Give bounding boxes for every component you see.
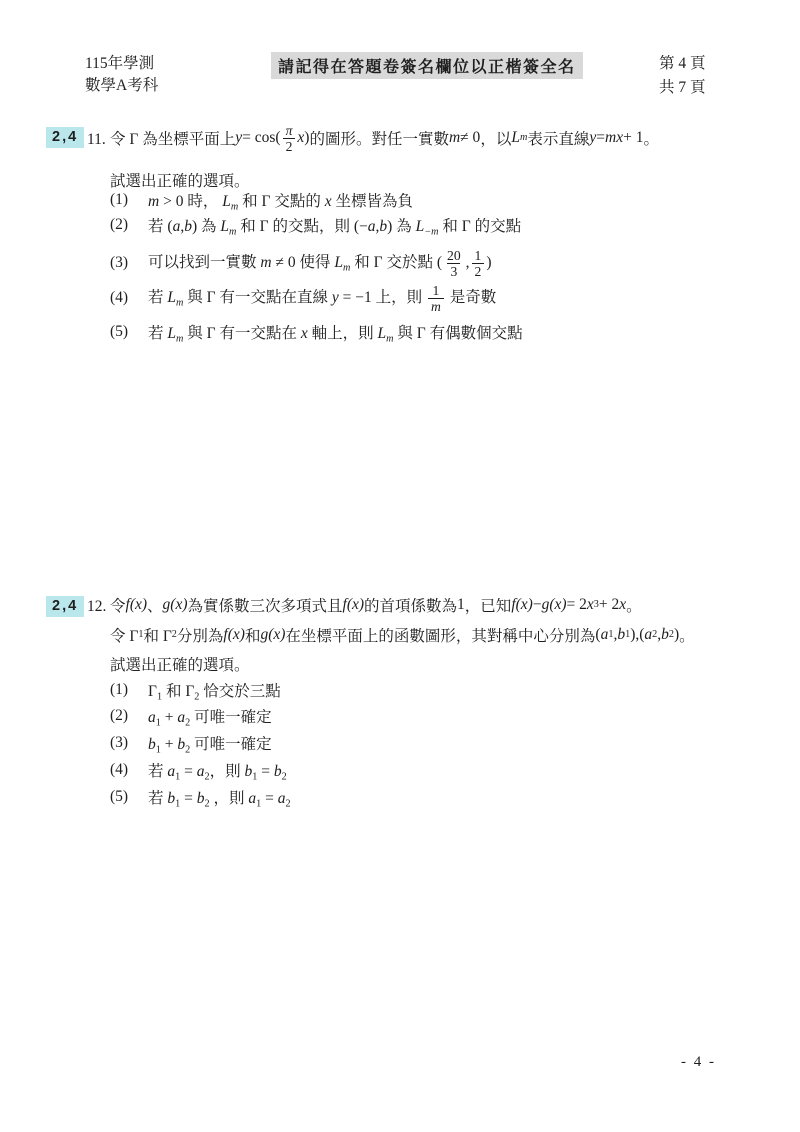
text-run: 和 Γ 的交點: [438, 218, 521, 235]
text-run: 與 Γ 有一交點在直線: [183, 289, 331, 306]
text-run: 可唯一確定: [190, 736, 271, 753]
text-run: x: [297, 129, 304, 147]
text-run: b: [661, 626, 669, 644]
text-run: 若: [148, 289, 167, 306]
option-text: b1 + b2 可唯一確定: [148, 732, 272, 754]
text-run: = cos(: [242, 129, 280, 147]
text-run: f(x): [126, 596, 148, 614]
text-run: ，則: [210, 790, 249, 807]
option-row-q12-2: (2) a1 + a2 可唯一確定: [110, 705, 272, 727]
text-run: −m: [424, 227, 438, 238]
answer-key-badge-q11: 2,4: [46, 127, 84, 148]
text-run: 的圖形。對任一實數: [309, 127, 449, 149]
text-run: 坐標皆為負: [332, 193, 413, 210]
text-run: L: [334, 254, 343, 271]
text-run: g(x): [260, 626, 285, 644]
text-run: a: [368, 218, 376, 235]
text-run: > 0: [159, 193, 183, 210]
option-row-q12-5: (5) 若 b1 = b2 ，則 a1 = a2: [110, 786, 291, 808]
text-run: 可以找到一實數: [148, 254, 260, 271]
option-text: 若 b1 = b2 ，則 a1 = a2: [148, 786, 291, 808]
text-run: 令 Γ: [110, 624, 138, 646]
text-run: y: [589, 129, 596, 147]
text-run: 和 Γ 交於點: [350, 254, 436, 271]
option-row-q11-4: (4) 若 Lm 與 Γ 有一交點在直線 y = −1 上，則 1m 是奇數: [110, 279, 496, 317]
text-run: g(x): [163, 596, 188, 614]
text-run: 、: [147, 594, 163, 616]
text-run: 和 Γ: [143, 624, 171, 646]
text-run: 恰交於三點: [199, 683, 280, 700]
text-run: 的首項係數為: [364, 594, 457, 616]
question-prompt-q11: 試選出正確的選項。: [110, 169, 250, 191]
text-run: 和 Γ: [162, 683, 194, 700]
text-run: L: [167, 325, 176, 342]
page-indicator: 第 4 頁: [659, 52, 706, 76]
option-row-q11-2: (2) 若 (a,b) 為 Lm 和 Γ 的交點，則 (−a,b) 為 L−m …: [110, 214, 521, 236]
text-run: 令 Γ 為坐標平面上: [110, 127, 235, 149]
text-run: b: [167, 790, 175, 807]
option-label: (1): [110, 681, 148, 699]
text-run: L: [220, 218, 229, 235]
text-run: m: [148, 193, 159, 210]
option-text: Γ1 和 Γ2 恰交於三點: [148, 679, 281, 701]
exam-session-label: 115年學測: [85, 53, 158, 75]
text-run: =: [261, 790, 278, 807]
text-run: =: [257, 763, 274, 780]
total-pages-indicator: 共 7 頁: [659, 76, 706, 100]
text-run: ，則: [210, 763, 245, 780]
text-run: 和: [245, 624, 261, 646]
text-run: m: [260, 254, 271, 271]
option-text: 若 (a,b) 為 Lm 和 Γ 的交點，則 (−a,b) 為 L−m 和 Γ …: [148, 214, 521, 236]
text-run: 和 Γ 的交點，則: [236, 218, 353, 235]
header-right: 第 4 頁 共 7 頁: [659, 52, 706, 100]
option-text: 若 a1 = a2，則 b1 = b2: [148, 759, 287, 781]
text-run: ≠ 0: [460, 129, 480, 147]
text-run: a: [167, 763, 175, 780]
option-label: (4): [110, 289, 148, 307]
text-run: 1: [457, 596, 465, 614]
text-run: (: [437, 254, 442, 271]
question-stem-q12-line1: 令 f(x)、 g(x) 為實係數三次多項式且 f(x) 的首項係數為 1，已知…: [110, 594, 642, 616]
text-run: L: [378, 325, 387, 342]
text-run: =: [180, 763, 197, 780]
text-run: x: [325, 193, 332, 210]
fraction: 12: [472, 248, 485, 279]
text-run: L: [222, 193, 231, 210]
text-run: = −1: [339, 289, 376, 306]
text-run: 令: [110, 594, 126, 616]
text-run: ，以: [480, 127, 511, 149]
text-run: = 2: [567, 596, 587, 614]
option-label: (3): [110, 734, 148, 752]
header-left: 115年學測 數學A考科: [85, 53, 158, 97]
text-run: ),(: [630, 626, 644, 644]
question-number-q11: 11.: [87, 131, 106, 149]
option-text: m > 0 時， Lm 和 Γ 交點的 x 坐標皆為負: [148, 189, 413, 211]
text-run: 分別為: [177, 624, 224, 646]
option-row-q11-5: (5) 若 Lm 與 Γ 有一交點在 x 軸上，則 Lm 與 Γ 有偶數個交點: [110, 321, 523, 343]
text-run: ): [192, 218, 201, 235]
text-run: 是奇數: [446, 289, 496, 306]
text-run: 可唯一確定: [190, 709, 271, 726]
option-row-q12-4: (4) 若 a1 = a2，則 b1 = b2: [110, 759, 287, 781]
text-run: f(x): [511, 596, 533, 614]
option-row-q12-1: (1) Γ1 和 Γ2 恰交於三點: [110, 679, 281, 701]
exam-subject-label: 數學A考科: [85, 75, 158, 97]
text-run: m: [386, 334, 393, 345]
fraction: π2: [283, 123, 296, 154]
option-text: a1 + a2 可唯一確定: [148, 705, 272, 727]
option-label: (2): [110, 707, 148, 725]
text-run: 2: [285, 799, 290, 810]
text-run: 若: [148, 790, 167, 807]
option-label: (3): [110, 254, 148, 272]
text-run: a: [197, 763, 205, 780]
text-run: m: [449, 129, 460, 147]
text-run: f(x): [223, 626, 245, 644]
text-run: 為實係數三次多項式且: [188, 594, 343, 616]
text-run: −: [533, 596, 542, 614]
text-run: x: [587, 596, 594, 614]
text-run: + 1: [623, 129, 643, 147]
text-run: 軸上，則: [308, 325, 378, 342]
text-run: b: [617, 626, 625, 644]
text-run: 。: [679, 624, 695, 646]
text-run: y: [235, 129, 242, 147]
page-number-footer: - 4 -: [681, 1054, 716, 1071]
option-text: 若 Lm 與 Γ 有一交點在直線 y = −1 上，則 1m 是奇數: [148, 283, 496, 314]
text-run: a: [177, 709, 185, 726]
option-label: (5): [110, 788, 148, 806]
text-run: 為: [201, 218, 220, 235]
text-run: 在坐標平面上的函數圖形，其對稱中心分別為: [285, 624, 595, 646]
text-run: =: [180, 790, 197, 807]
option-row-q12-3: (3) b1 + b2 可唯一確定: [110, 732, 272, 754]
signature-notice: 請記得在答題卷簽名欄位以正楷簽全名: [271, 52, 583, 79]
option-text: 若 Lm 與 Γ 有一交點在 x 軸上，則 Lm 與 Γ 有偶數個交點: [148, 321, 523, 343]
text-run: a: [148, 709, 156, 726]
text-run: 與 Γ 有偶數個交點: [394, 325, 523, 342]
text-run: 。: [626, 594, 642, 616]
option-row-q11-3: (3) 可以找到一實數 m ≠ 0 使得 Lm 和 Γ 交於點 (203,12): [110, 244, 492, 282]
text-run: y: [332, 289, 339, 306]
text-run: mx: [605, 129, 623, 147]
text-run: 使得: [299, 254, 334, 271]
text-run: ): [486, 254, 491, 271]
text-run: 表示直線: [527, 127, 589, 149]
exam-page: 115年學測 數學A考科 請記得在答題卷簽名欄位以正楷簽全名 第 4 頁 共 7…: [0, 0, 800, 1132]
text-run: 為: [396, 218, 415, 235]
question-prompt-q12: 試選出正確的選項。: [110, 653, 250, 675]
text-run: b: [274, 763, 282, 780]
option-label: (1): [110, 191, 148, 209]
fraction: 203: [444, 248, 464, 279]
text-run: b: [197, 790, 205, 807]
text-run: 若: [148, 763, 167, 780]
text-run: ，已知: [465, 594, 512, 616]
text-run: ,: [466, 254, 470, 271]
text-run: b: [184, 218, 192, 235]
text-run: 時，: [183, 193, 222, 210]
text-run: x: [619, 596, 626, 614]
option-label: (4): [110, 761, 148, 779]
question-stem-q12-line2: 令 Γ1 和 Γ2 分別為 f(x) 和 g(x) 在坐標平面上的函數圖形，其對…: [110, 624, 695, 646]
fraction: 1m: [428, 283, 444, 314]
option-text: 可以找到一實數 m ≠ 0 使得 Lm 和 Γ 交於點 (203,12): [148, 248, 492, 279]
text-run: 2: [282, 772, 287, 783]
text-run: f(x): [343, 596, 365, 614]
option-label: (2): [110, 216, 148, 234]
text-run: b: [148, 736, 156, 753]
text-run: L: [167, 289, 176, 306]
text-run: a: [248, 790, 256, 807]
text-run: 。: [643, 127, 659, 149]
text-run: b: [177, 736, 185, 753]
text-run: a: [601, 626, 609, 644]
text-run: 和 Γ 交點的: [238, 193, 324, 210]
answer-key-badge-q12: 2,4: [46, 596, 84, 617]
text-run: b: [379, 218, 387, 235]
text-run: ): [387, 218, 396, 235]
text-run: 與 Γ 有一交點在: [183, 325, 300, 342]
text-run: + 2: [599, 596, 619, 614]
text-run: L: [511, 129, 520, 147]
question-stem-q11: 令 Γ 為坐標平面上 y = cos(π2x) 的圖形。對任一實數 m ≠ 0，…: [110, 114, 659, 162]
option-label: (5): [110, 323, 148, 341]
text-run: 若: [148, 325, 167, 342]
text-run: 上，則: [376, 289, 426, 306]
option-row-q11-1: (1) m > 0 時， Lm 和 Γ 交點的 x 坐標皆為負: [110, 189, 413, 211]
text-run: x: [301, 325, 308, 342]
text-run: L: [416, 218, 425, 235]
text-run: 若: [148, 218, 167, 235]
text-run: =: [596, 129, 605, 147]
question-number-q12: 12.: [87, 598, 106, 616]
text-run: ≠ 0: [272, 254, 300, 271]
text-run: +: [161, 709, 178, 726]
text-run: (−: [354, 218, 368, 235]
text-run: +: [161, 736, 178, 753]
text-run: g(x): [542, 596, 567, 614]
text-run: Γ: [148, 683, 157, 700]
text-run: a: [644, 626, 652, 644]
